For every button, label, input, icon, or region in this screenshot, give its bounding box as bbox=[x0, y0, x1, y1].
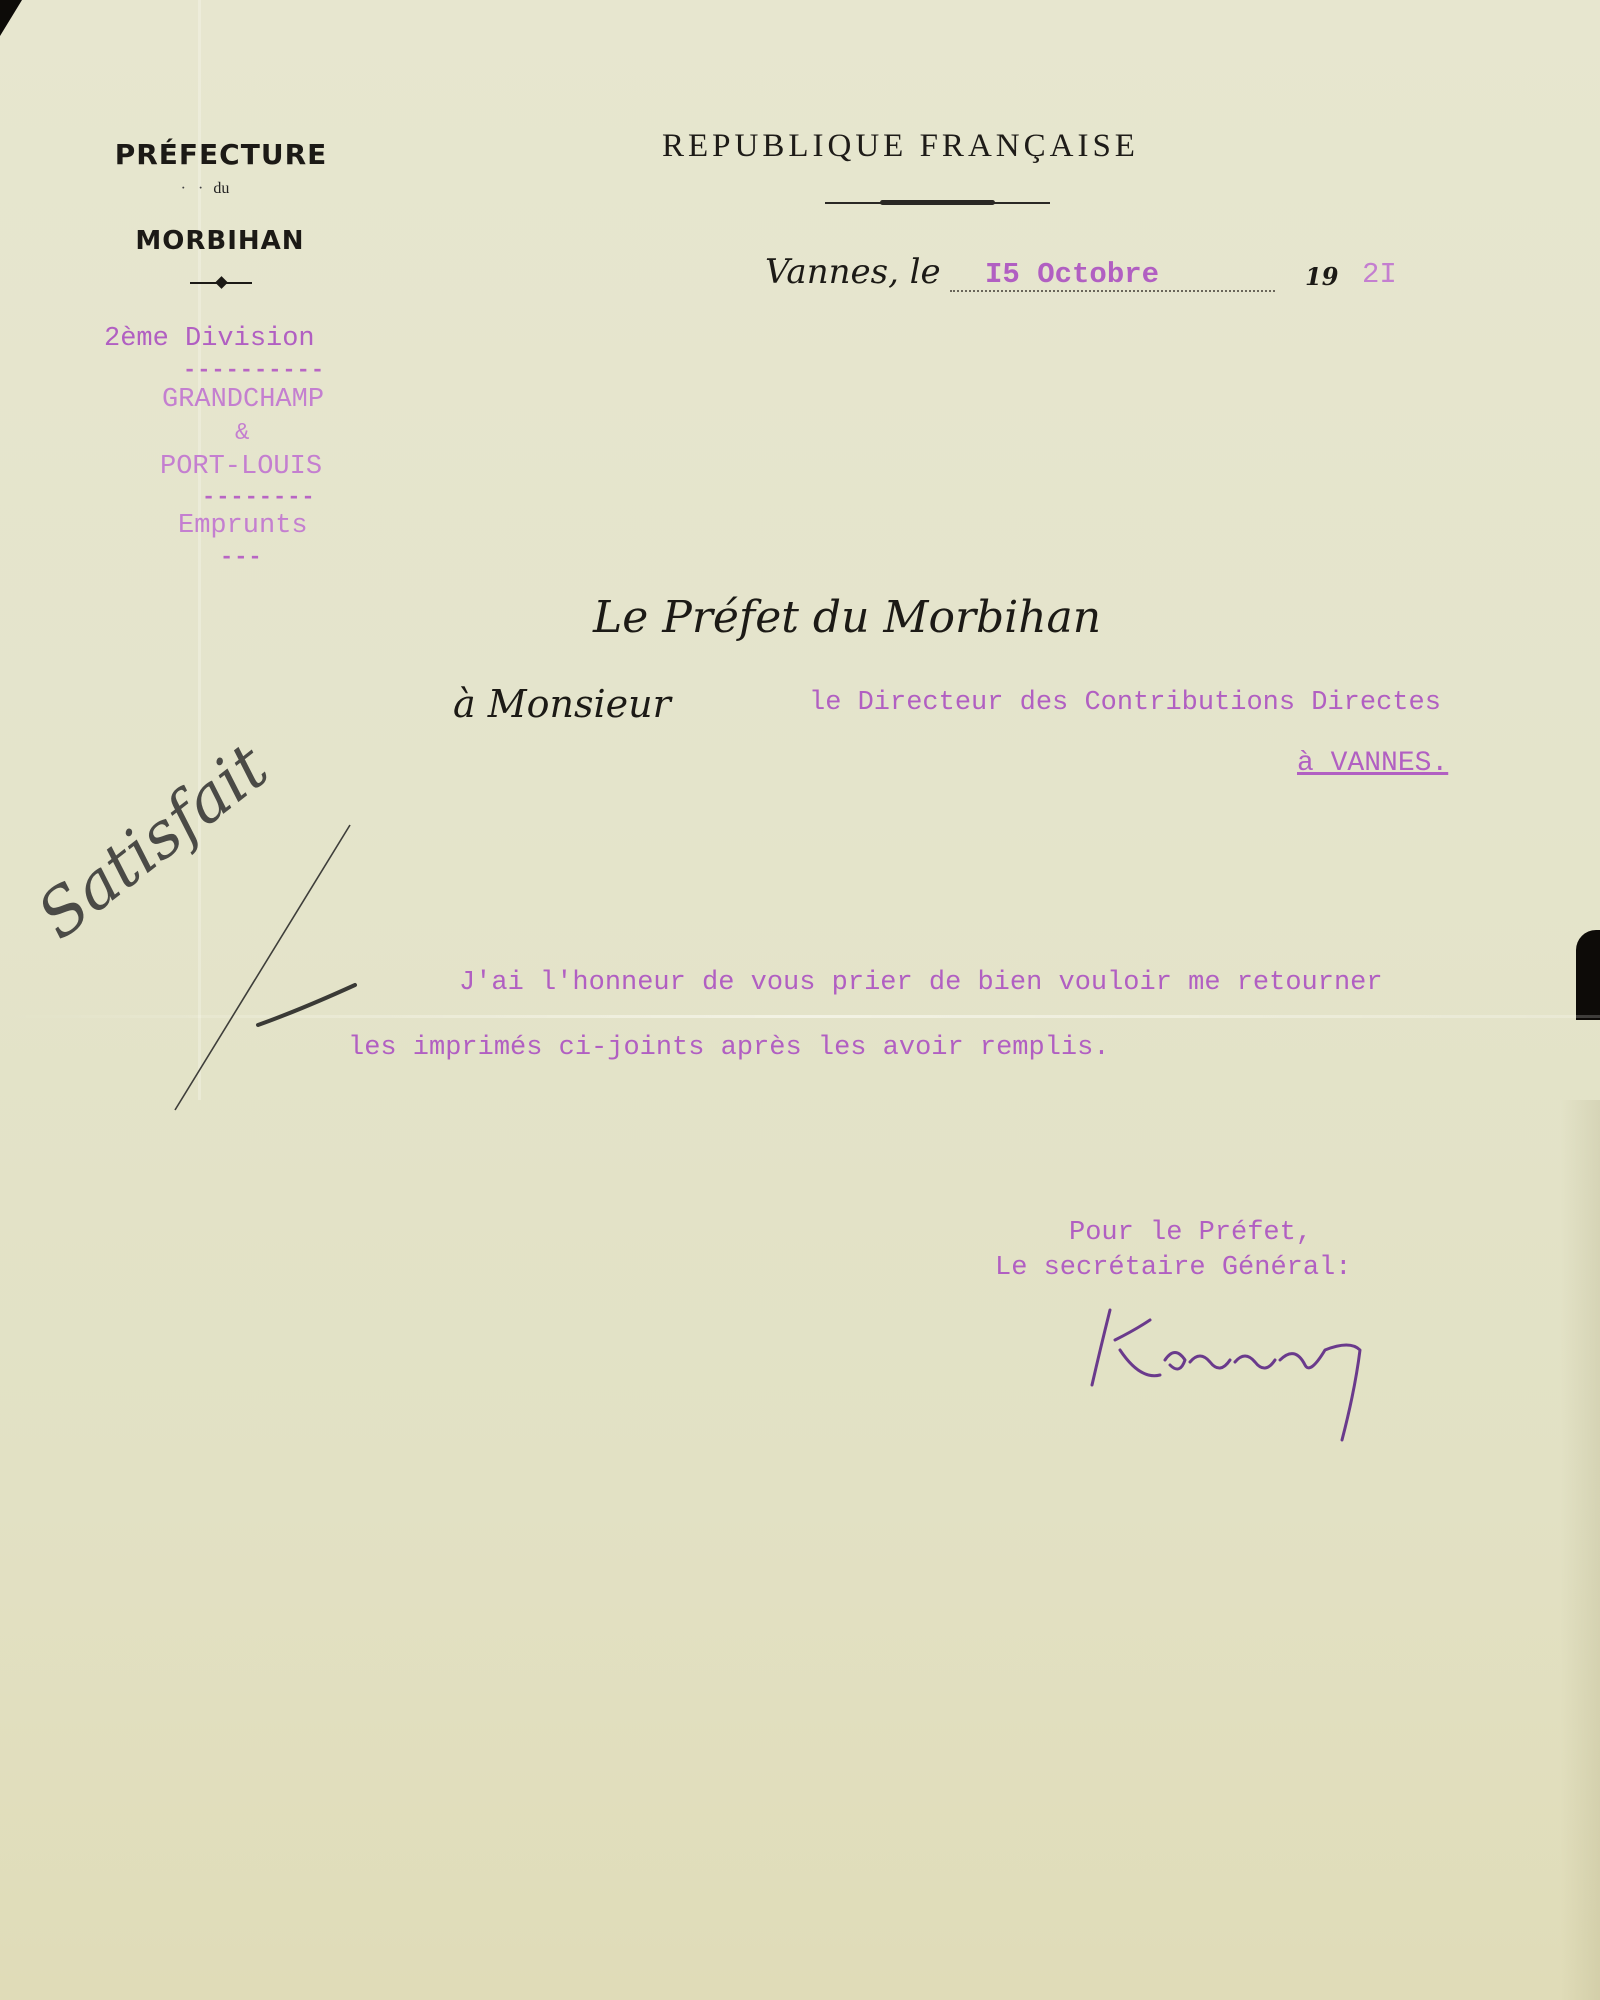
recipient: le Directeur des Contributions Directes bbox=[809, 688, 1441, 718]
letterhead-prefecture: PRÉFECTURE bbox=[90, 138, 352, 171]
letterhead-ornament-diamond bbox=[215, 276, 228, 289]
sender-heading: Le Préfet du Morbihan bbox=[593, 592, 1101, 643]
date-day-month: I5 Octobre bbox=[985, 258, 1159, 291]
closing-line-1: Pour le Préfet, bbox=[1069, 1218, 1312, 1248]
ampersand: & bbox=[235, 420, 249, 447]
letterhead-du-text: du bbox=[213, 180, 229, 197]
year-prefix: 19 bbox=[1305, 262, 1338, 291]
letterhead-du: · ·du bbox=[145, 180, 265, 198]
recipient-place: à VANNES. bbox=[1297, 748, 1448, 779]
republic-heading: REPUBLIQUE FRANÇAISE bbox=[662, 128, 1139, 165]
letter-page: PRÉFECTURE · ·du MORBIHAN 2ème Division … bbox=[0, 0, 1600, 2000]
subject-emprunts: Emprunts bbox=[178, 511, 308, 541]
closing-line-2: Le secrétaire Général: bbox=[995, 1253, 1351, 1283]
republic-ornament-swell bbox=[880, 200, 995, 205]
torn-corner bbox=[0, 0, 22, 36]
signature bbox=[1080, 1290, 1380, 1450]
year-suffix: 2I bbox=[1362, 258, 1397, 291]
divider-1: ---------- bbox=[183, 358, 325, 383]
service-grandchamp: GRANDCHAMP bbox=[162, 385, 324, 415]
to-label: à Monsieur bbox=[453, 682, 671, 726]
divider-2: -------- bbox=[202, 485, 316, 510]
dots: · · bbox=[181, 180, 208, 197]
division-label: 2ème Division bbox=[104, 324, 315, 354]
divider-3: --- bbox=[220, 545, 263, 570]
body-line-1: J'ai l'honneur de vous prier de bien vou… bbox=[459, 968, 1383, 998]
edge-notch bbox=[1576, 930, 1600, 1020]
letterhead-department: MORBIHAN bbox=[110, 226, 330, 256]
place-label: Vannes, le bbox=[765, 252, 941, 292]
service-port-louis: PORT-LOUIS bbox=[160, 452, 322, 482]
body-line-2: les imprimés ci-joints après les avoir r… bbox=[348, 1033, 1110, 1063]
pencil-strike-lines bbox=[60, 780, 380, 1120]
paper-edge-shadow bbox=[1560, 1100, 1600, 2000]
